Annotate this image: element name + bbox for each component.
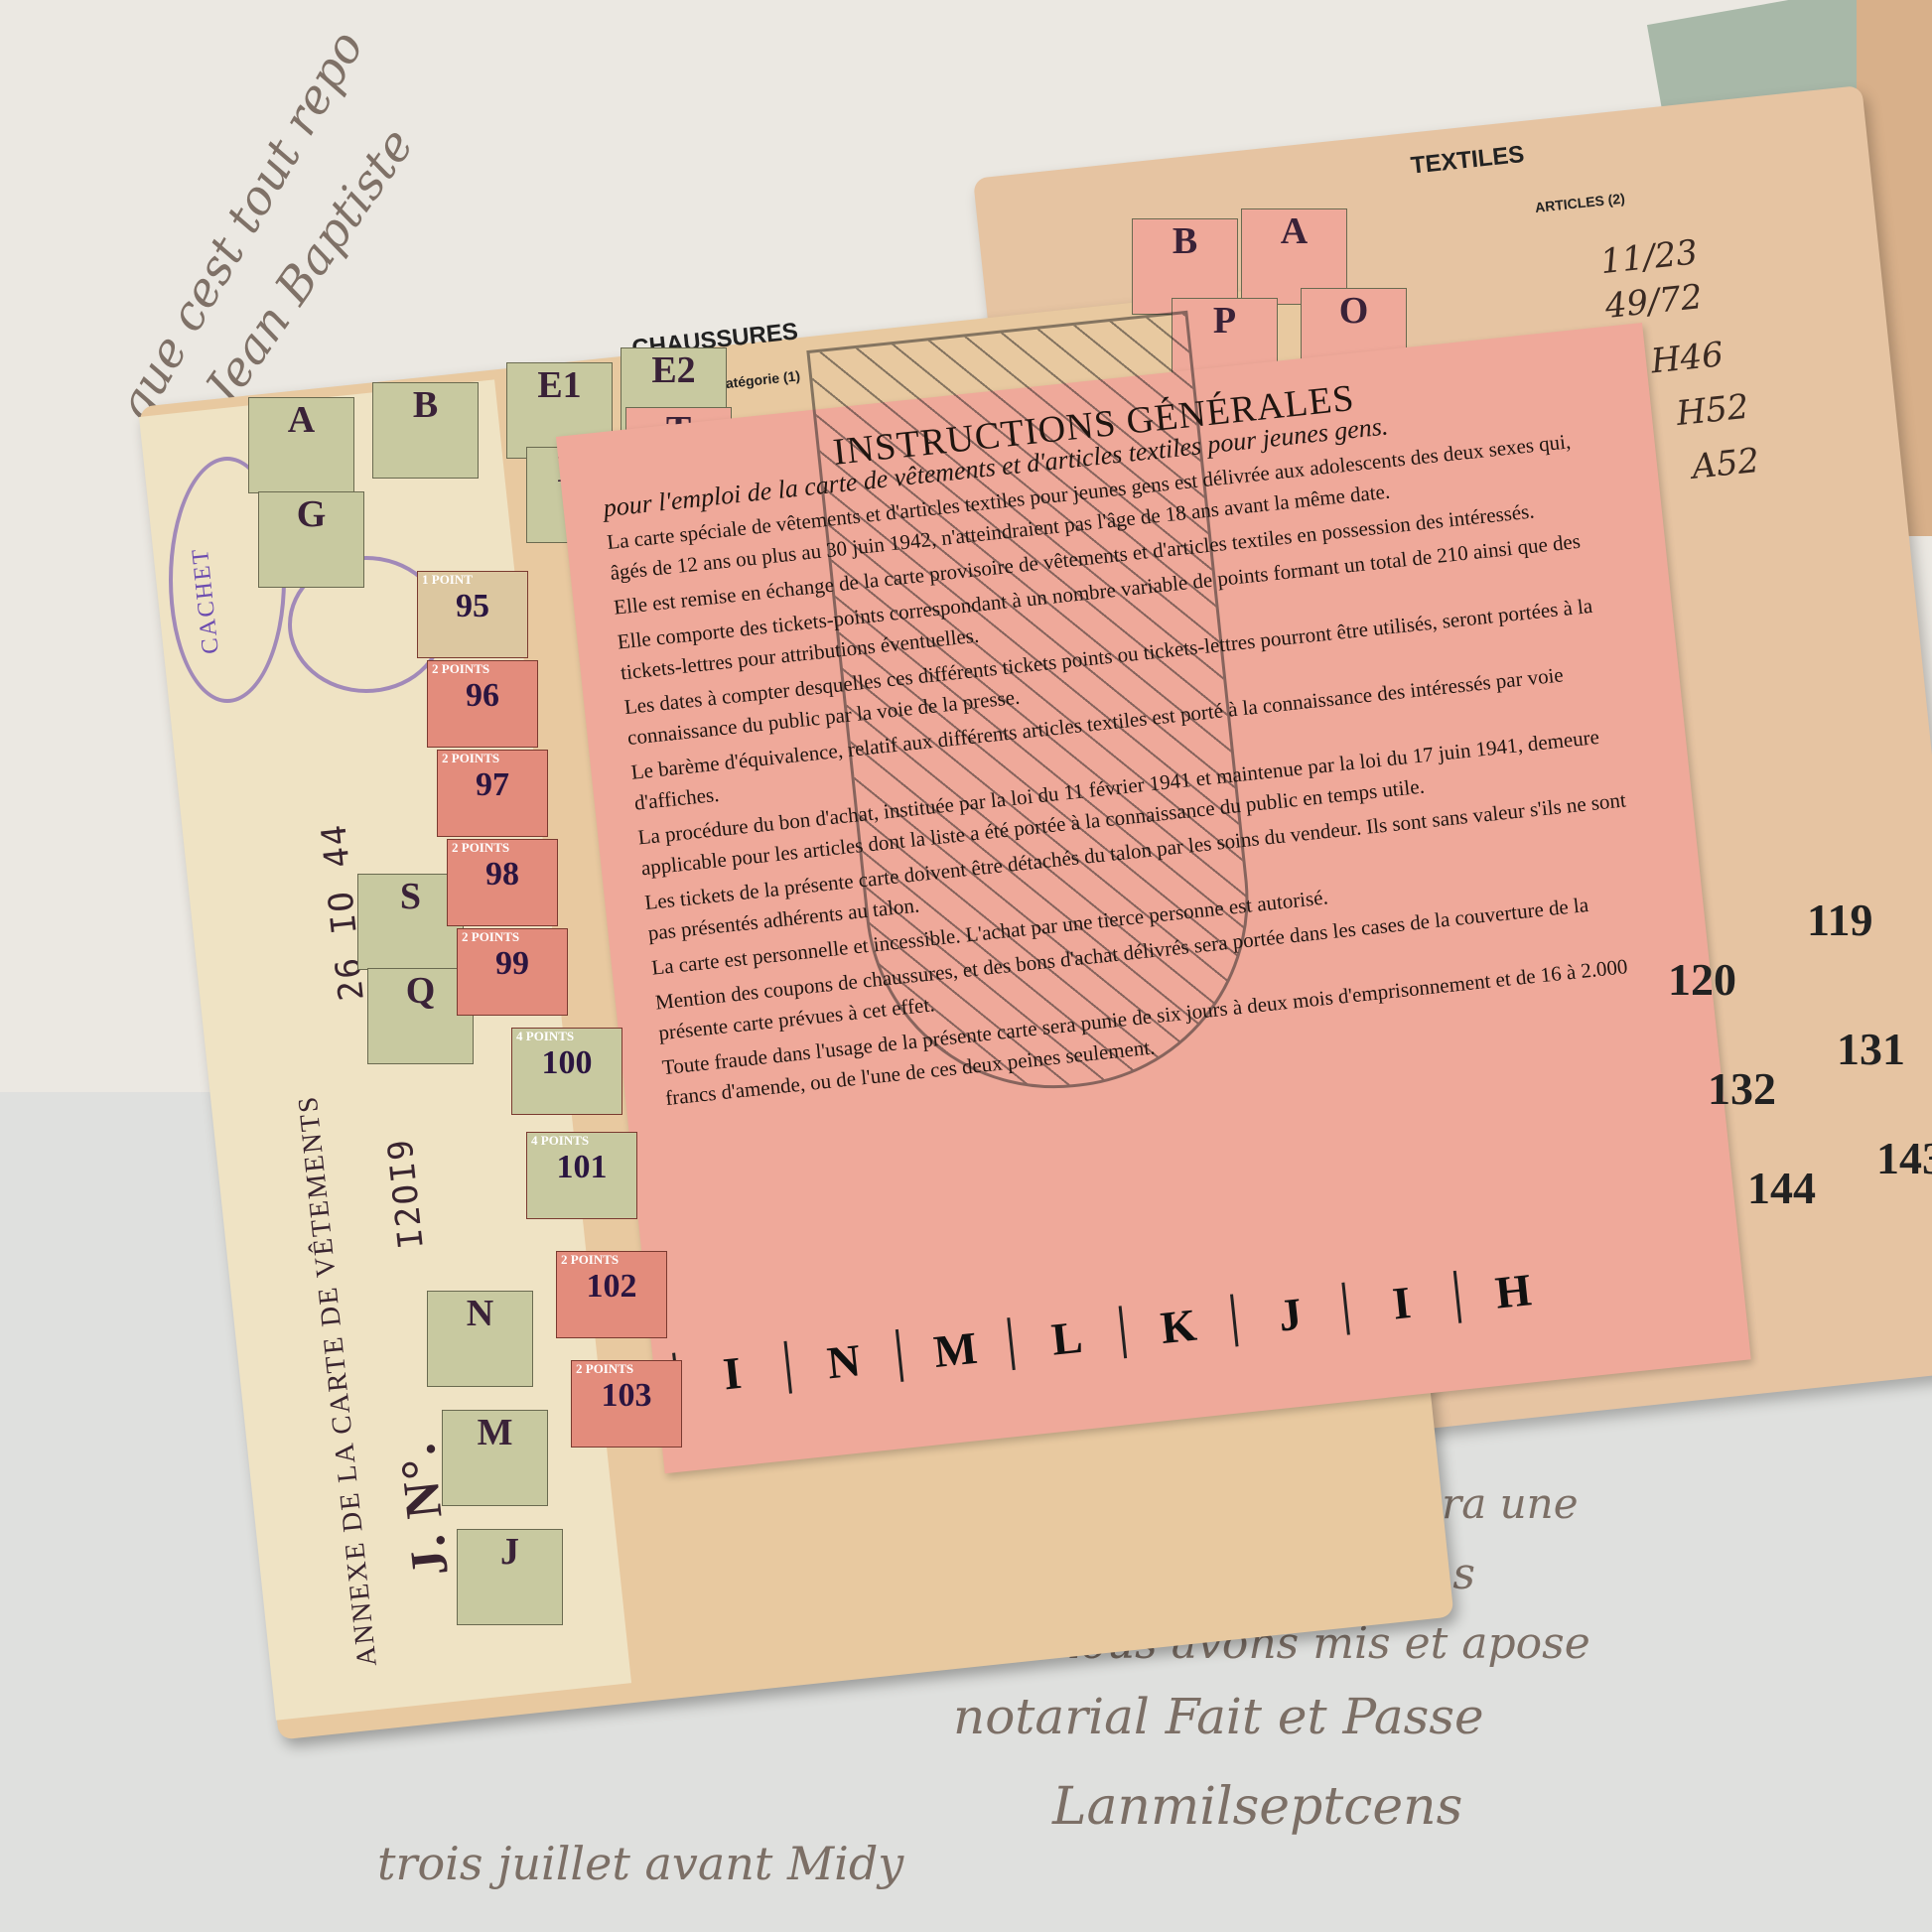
handwritten-entry: 49/72 (1603, 277, 1705, 327)
letter-coupon: J (1230, 1283, 1347, 1347)
letter-coupon-B: B (372, 382, 479, 479)
coupon-number: 101 (557, 1149, 608, 1185)
points-label: 4 POINTS (512, 1029, 621, 1044)
handwritten-entry: H46 (1649, 335, 1725, 381)
script-line: notarial Fait et Passe (953, 1688, 1484, 1745)
letter-coupon-M: M (442, 1410, 548, 1506)
script-line: Lanmilseptcens (1052, 1777, 1462, 1837)
points-label: 2 POINTS (428, 661, 537, 677)
point-coupon-102: 2 POINTS102 (556, 1251, 667, 1338)
handwritten-entry: A52 (1690, 441, 1761, 487)
point-coupon-100: 4 POINTS100 (511, 1028, 622, 1115)
points-label: 2 POINTS (572, 1361, 681, 1377)
coupon-number: 100 (542, 1044, 593, 1081)
coupon-number: 96 (466, 677, 499, 714)
coupon-144: 144 (1747, 1162, 1816, 1214)
handwritten-entry: 11/23 (1598, 232, 1700, 282)
letter-coupon: N (783, 1329, 900, 1394)
textiles-heading: TEXTILES (1410, 141, 1526, 181)
instructions-sheet: INSTRUCTIONS GÉNÉRALES pour l'emploi de … (556, 323, 1751, 1473)
coupon-120: 120 (1668, 953, 1736, 1006)
letter-coupon-N: N (427, 1291, 533, 1387)
coupon-number: 99 (495, 945, 529, 982)
letter-coupon-A: A (248, 397, 354, 493)
letter-coupon: L (1007, 1307, 1124, 1371)
coupon-number: 97 (476, 766, 509, 803)
point-coupon-97: 2 POINTS97 (437, 750, 548, 837)
coupon-number: 98 (485, 856, 519, 893)
coupon-number: 103 (602, 1377, 652, 1414)
categorie-header: Catégorie (1) (715, 367, 801, 392)
coupon-131: 131 (1837, 1023, 1905, 1075)
point-coupon-101: 4 POINTS101 (526, 1132, 637, 1219)
articles-column-header: ARTICLES (2) (1534, 191, 1625, 215)
script-line: trois juillet avant Midy (377, 1837, 903, 1890)
point-coupon-96: 2 POINTS96 (427, 660, 538, 748)
points-label: 2 POINTS (448, 840, 557, 856)
coupon-143: 143 (1876, 1132, 1932, 1184)
point-coupon-95: 1 POINT95 (417, 571, 528, 658)
point-coupon-99: 2 POINTS99 (457, 928, 568, 1016)
letter-coupon: M (896, 1317, 1013, 1382)
letter-coupon-J: J (457, 1529, 563, 1625)
point-coupon-98: 2 POINTS98 (447, 839, 558, 926)
coupon-119: 119 (1807, 894, 1872, 946)
letter-coupon: I (672, 1341, 789, 1406)
coupon-132: 132 (1708, 1062, 1776, 1115)
points-label: 1 POINT (418, 572, 527, 588)
point-coupon-103: 2 POINTS103 (571, 1360, 682, 1448)
letter-coupon: I (1341, 1271, 1458, 1335)
coupon-number: 95 (456, 588, 489, 624)
letter-coupon-G: G (258, 491, 364, 588)
bottom-letter-coupons: I N M L K J I H (672, 1259, 1571, 1405)
letter-coupon: K (1119, 1295, 1236, 1359)
points-label: 2 POINTS (438, 751, 547, 766)
points-label: 2 POINTS (557, 1252, 666, 1268)
handwritten-entry: H52 (1675, 387, 1751, 434)
coupon-number: 102 (587, 1268, 637, 1305)
letter-coupon: H (1453, 1259, 1571, 1323)
points-label: 4 POINTS (527, 1133, 636, 1149)
points-label: 2 POINTS (458, 929, 567, 945)
